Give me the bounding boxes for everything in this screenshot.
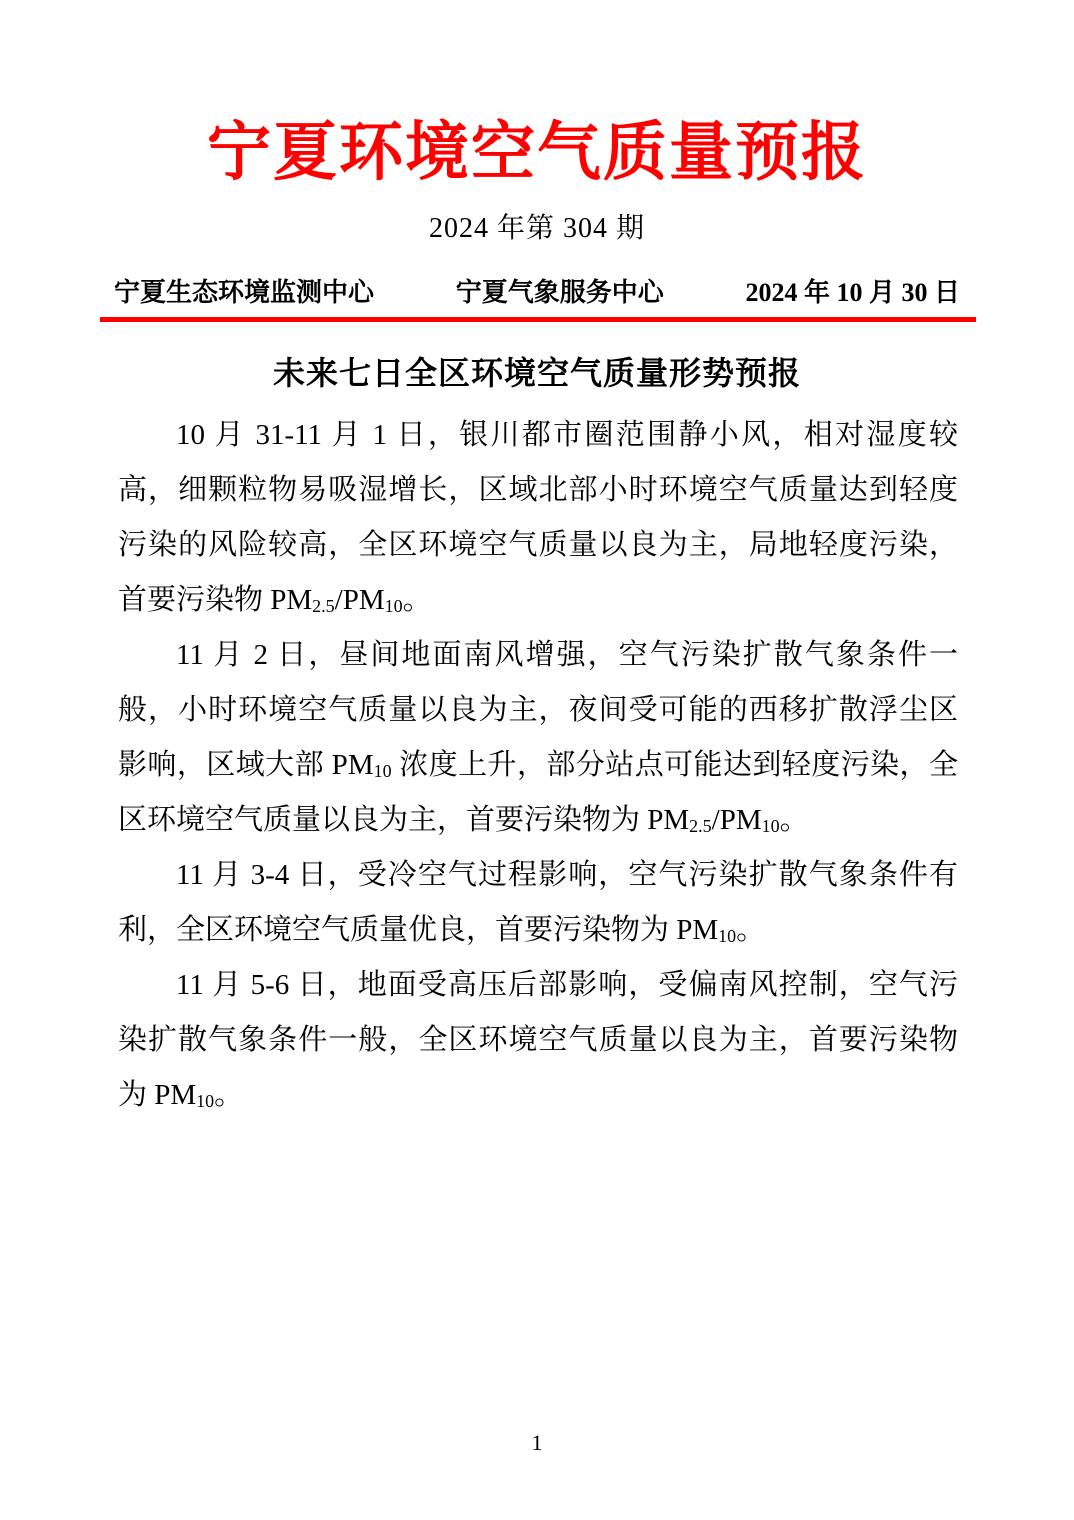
page-number: 1 [0, 1430, 1074, 1456]
forecast-paragraph-3: 11 月 3-4 日，受冷空气过程影响，空气污染扩散气象条件有利，全区环境空气质… [118, 848, 958, 958]
document-title: 宁夏环境空气质量预报 [0, 0, 1074, 190]
forecast-paragraph-2: 11 月 2 日，昼间地面南风增强，空气污染扩散气象条件一般，小时环境空气质量以… [118, 628, 958, 848]
header-divider [100, 317, 976, 322]
document-page: 宁夏环境空气质量预报 2024 年第 304 期 宁夏生态环境监测中心 宁夏气象… [0, 0, 1074, 1520]
forecast-paragraph-4: 11 月 5-6 日，地面受高压后部影响，受偏南风控制，空气污染扩散气象条件一般… [118, 958, 958, 1123]
forecast-paragraph-1: 10 月 31-11 月 1 日，银川都市圈范围静小风，相对湿度较高，细颗粒物易… [118, 408, 958, 628]
issue-number: 2024 年第 304 期 [0, 206, 1074, 246]
issue-date: 2024 年 10 月 30 日 [745, 272, 960, 309]
org-weather-center: 宁夏气象服务中心 [456, 272, 664, 309]
org-monitoring-center: 宁夏生态环境监测中心 [114, 272, 374, 309]
header-row: 宁夏生态环境监测中心 宁夏气象服务中心 2024 年 10 月 30 日 [114, 272, 960, 309]
forecast-body: 10 月 31-11 月 1 日，银川都市圈范围静小风，相对湿度较高，细颗粒物易… [118, 408, 958, 1123]
section-heading: 未来七日全区环境空气质量形势预报 [0, 348, 1074, 394]
